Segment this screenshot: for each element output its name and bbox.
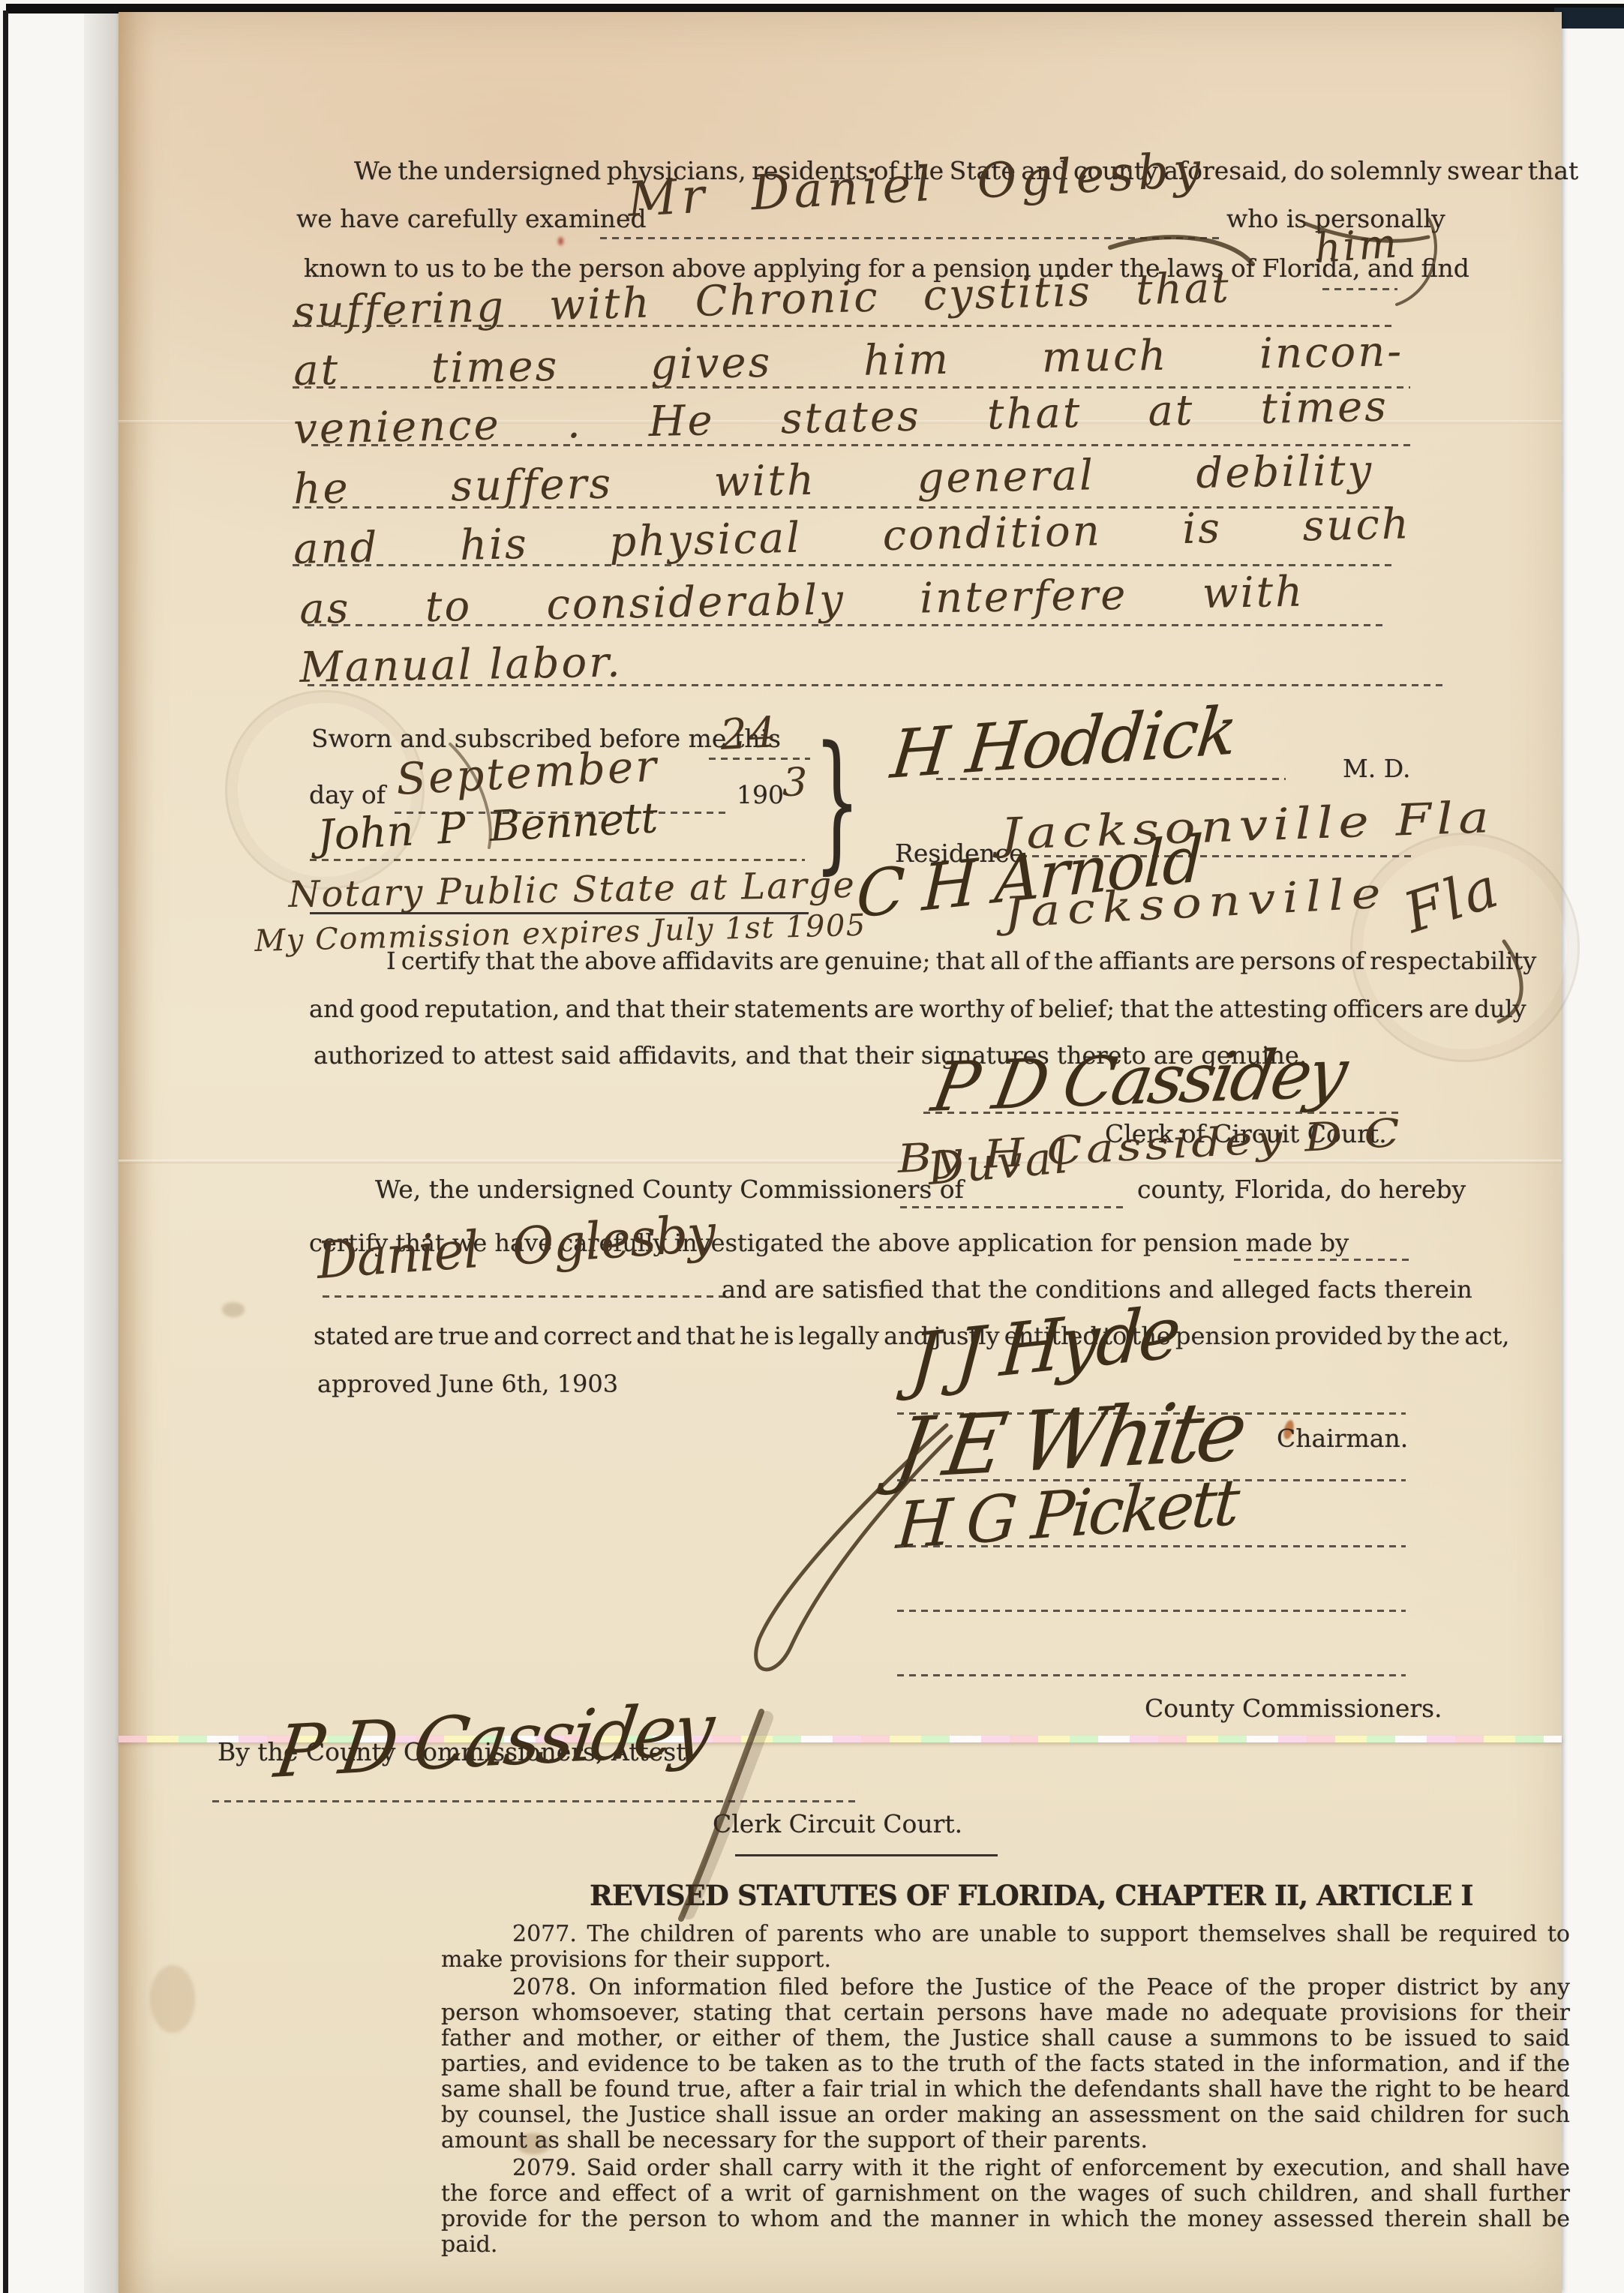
form-brace: } (814, 714, 860, 888)
fill-line-empty (897, 1610, 1406, 1612)
fill-line (936, 778, 1286, 780)
fill-line (923, 1112, 1403, 1114)
certify-line-1: I certify that the above affidavits are … (386, 947, 1536, 975)
red-speck (558, 237, 563, 245)
fill-line (212, 1800, 857, 1802)
commissioners-label: County Commissioners. (1145, 1694, 1442, 1723)
certify-line-2: and good reputation, and that their stat… (309, 995, 1526, 1023)
fill-line (1234, 1259, 1414, 1261)
ink-stain (222, 1302, 245, 1317)
scan-margin-shadow (84, 14, 120, 2293)
scanner-top-right-edge (1554, 8, 1624, 29)
fill-line (293, 564, 1395, 566)
fill-line (311, 444, 1410, 446)
fill-line (308, 684, 1448, 686)
statute-2077: 2077. The children of parents who are un… (441, 1922, 1570, 1973)
scanner-left-edge (3, 11, 8, 2293)
scanned-document: We the undersigned physicians, residents… (0, 0, 1624, 2293)
fill-line (897, 1545, 1406, 1547)
commissioners-line-5: approved June 6th, 1903 (317, 1370, 618, 1398)
fill-line (308, 624, 1388, 626)
statutes-heading: REVISED STATUTES OF FLORIDA, CHAPTER II,… (590, 1879, 1370, 1912)
fill-line (310, 859, 805, 861)
fill-line-empty (897, 1674, 1406, 1676)
day-of-label: day of (309, 780, 386, 809)
fill-line (293, 325, 1397, 327)
statutes-text: 2077. The children of parents who are un… (441, 1922, 1570, 2260)
fill-line (1322, 288, 1397, 290)
day-value-handwritten: 24 (719, 708, 780, 760)
statute-2079: 2079. Said order shall carry with it the… (441, 2156, 1570, 2258)
year-printed: 190 (737, 780, 784, 809)
md-label: M. D. (1343, 754, 1411, 783)
fill-line (600, 237, 1219, 239)
statute-2078: 2078. On information filed before the Ju… (441, 1975, 1570, 2153)
divider-line (735, 1854, 998, 1856)
find-value-handwritten: him (1313, 219, 1400, 272)
page-torn-left-edge (119, 12, 155, 2293)
fold-crease (119, 1160, 1562, 1163)
year-value-handwritten: 3 (782, 761, 809, 806)
attest-clerk-title: Clerk Circuit Court. (713, 1809, 962, 1838)
commissioners-line-1a: We, the undersigned County Commissioners… (375, 1175, 964, 1204)
chairman-label: Chairman. (1277, 1424, 1408, 1453)
fill-line (900, 1206, 1125, 1208)
commissioners-line-1b: county, Florida, do hereby (1137, 1175, 1466, 1204)
fill-line (323, 1295, 731, 1298)
examined-label: we have carefully examined (296, 204, 647, 233)
paper-stain (150, 1965, 195, 2033)
